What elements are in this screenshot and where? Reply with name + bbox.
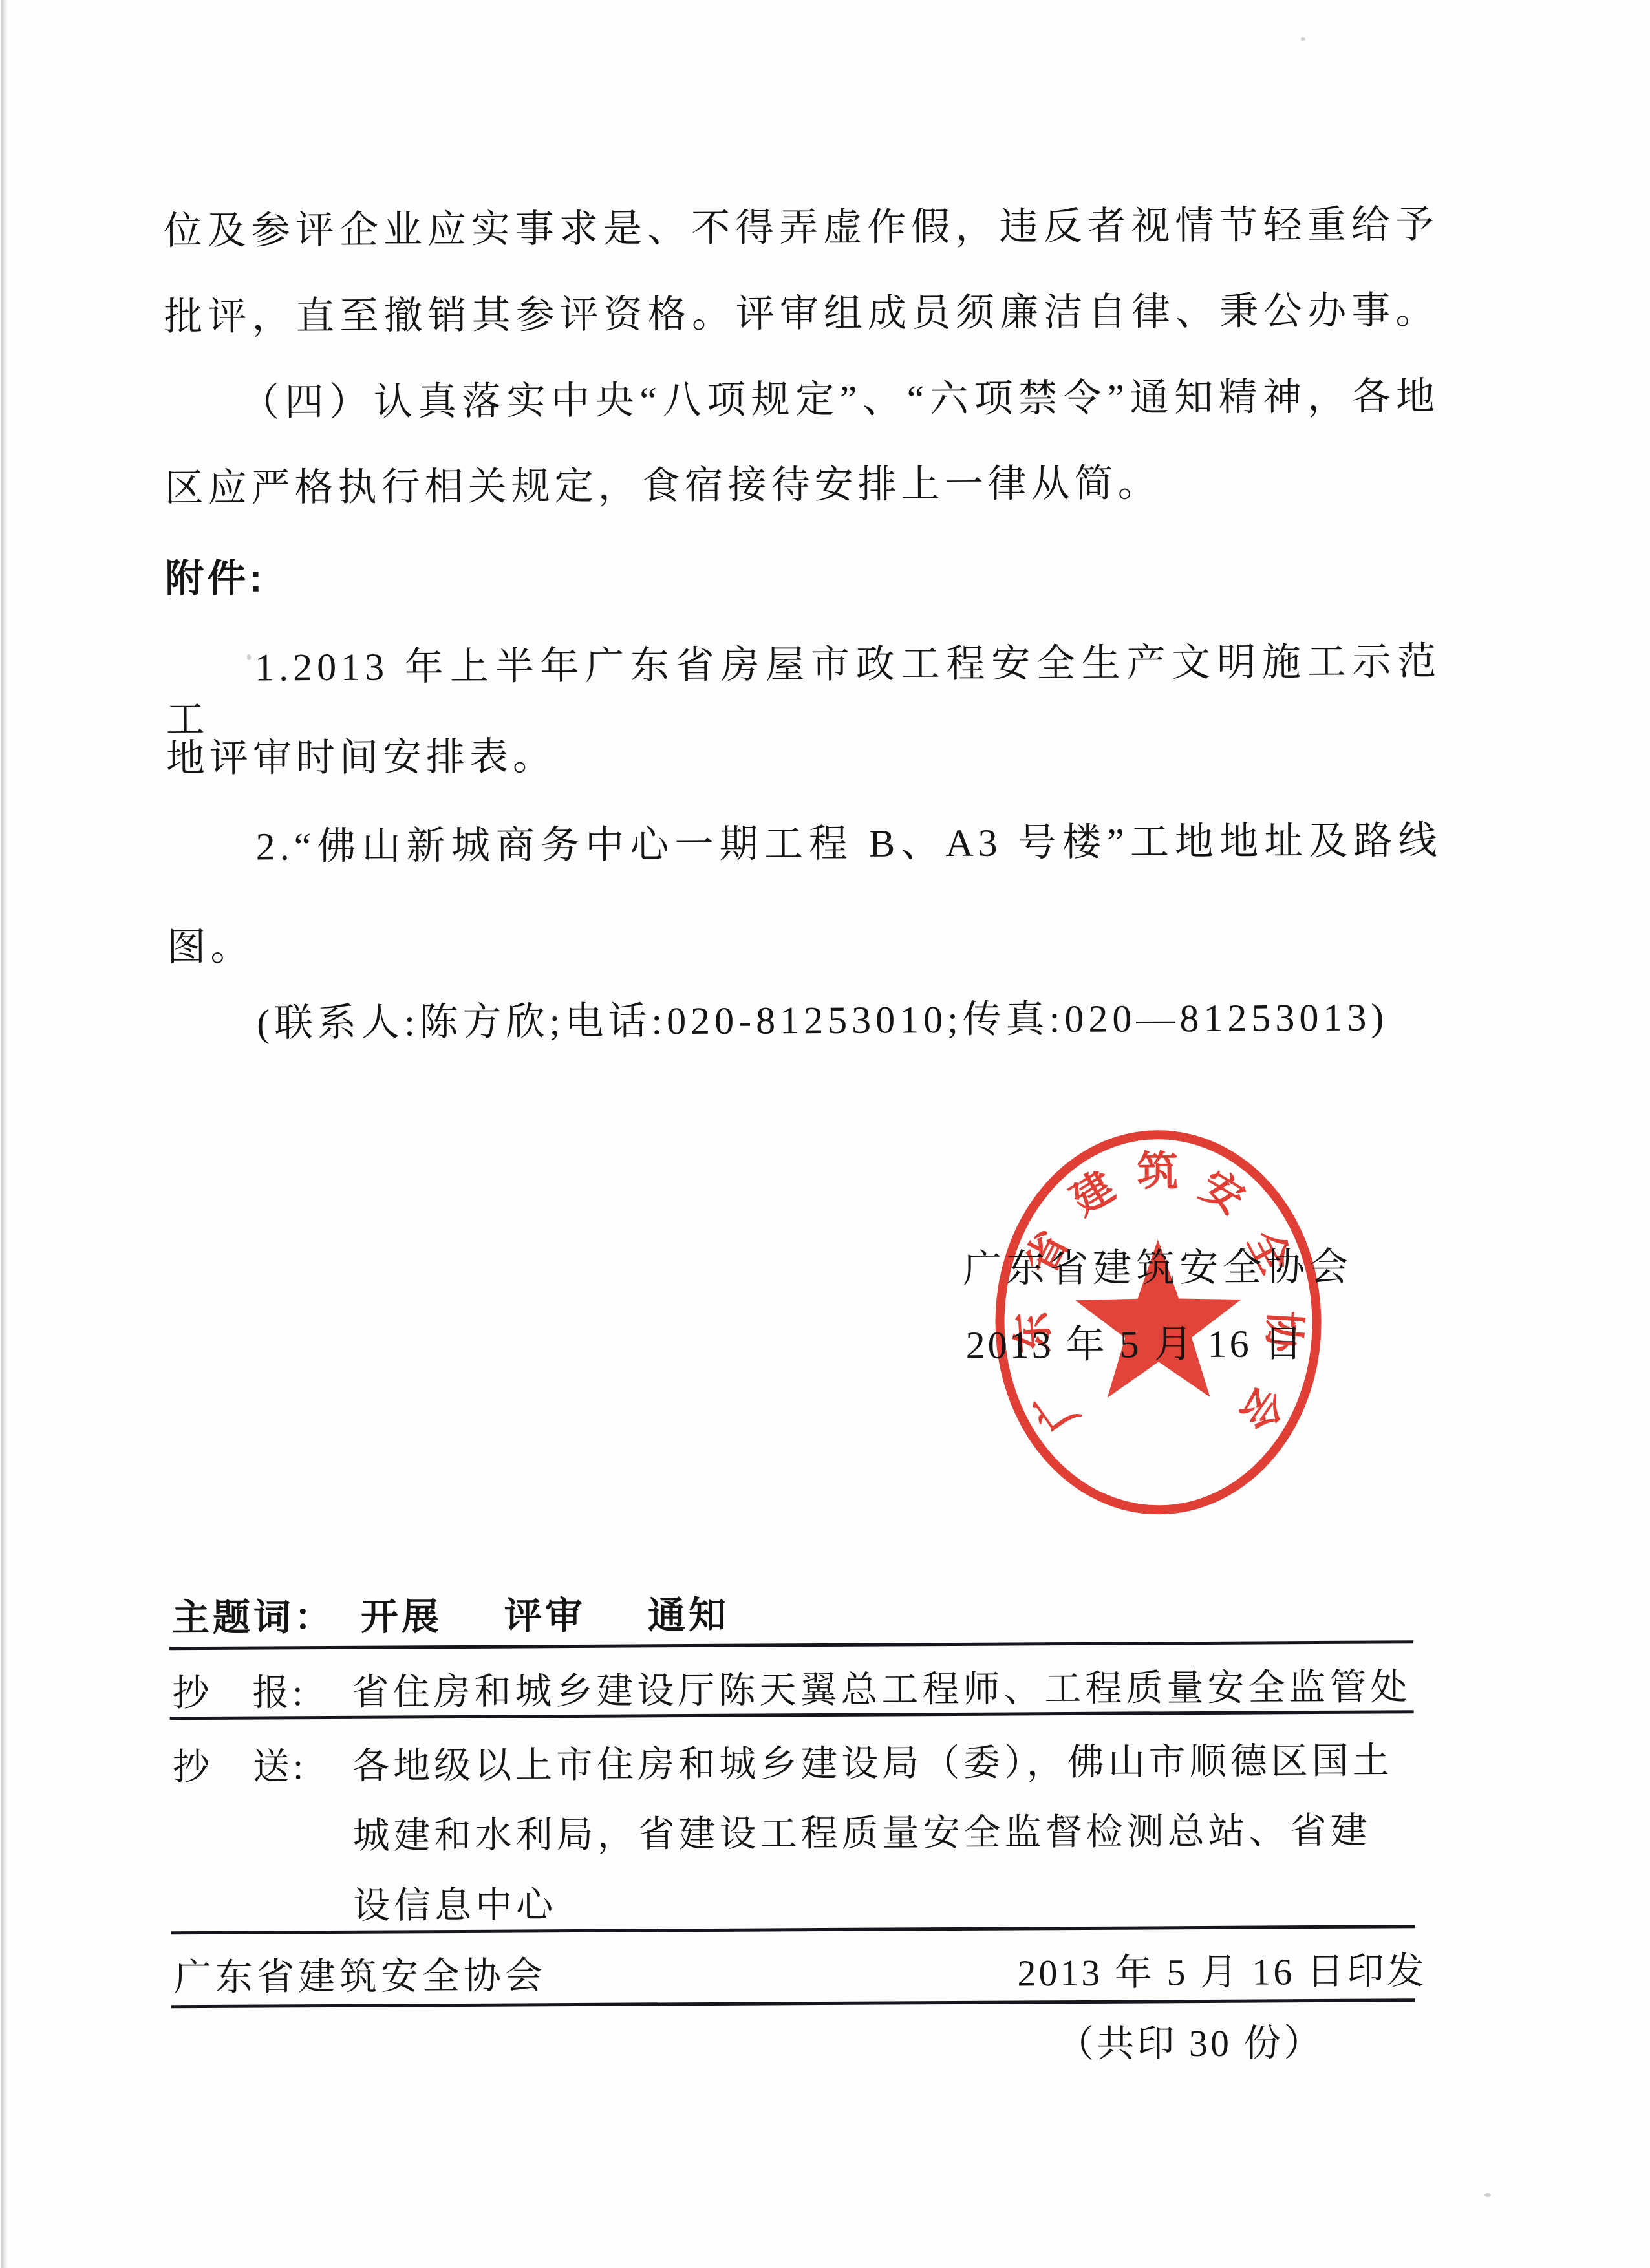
body-line: 区应严格执行相关规定，食宿接待安排上一律从简。 <box>165 456 1440 514</box>
seal-char: 筑 <box>1137 1148 1178 1194</box>
body-line: 批评，直至撤销其参评资格。评审组成员须廉洁自律、秉公办事。 <box>164 284 1439 343</box>
attachment-item: 地评审时间安排表。 <box>166 726 1441 784</box>
subject-keyword: 开展 <box>361 1586 442 1641</box>
contact-line: (联系人:陈方欣;电话:020-81253010;传真:020—81253013… <box>167 991 1442 1049</box>
seal-char: 安 <box>1193 1162 1252 1223</box>
seal-char: 广 <box>1025 1380 1087 1440</box>
copy-send-line: 城建和水利局，省建设工程质量安全监督检测总站、省建 <box>352 1801 1371 1859</box>
body-line: 位及参评企业应实事求是、不得弄虚作假，违反者视情节轻重给予 <box>163 198 1438 257</box>
signature-date: 2013 年 5 月 16 日 <box>965 1312 1305 1370</box>
scanned-document-page: 位及参评企业应实事求是、不得弄虚作假，违反者视情节轻重给予 批评，直至撤销其参评… <box>0 0 1650 2268</box>
attachment-item: 图。 <box>167 915 1442 973</box>
seal-char: 会 <box>1231 1378 1292 1439</box>
signature-org: 广东省建筑安全协会 <box>963 1236 1353 1294</box>
subject-keyword: 评审 <box>504 1585 586 1640</box>
copy-report-label: 抄 报: <box>172 1663 306 1717</box>
attachment-item: 2.“佛山新城商务中心一期工程 B、A3 号楼”工地地址及路线 <box>166 815 1441 873</box>
body-line: （四）认真落实中央“八项规定”、“六项禁令”通知精神，各地 <box>164 370 1439 429</box>
document-sheet: 位及参评企业应实事求是、不得弄虚作假，违反者视情节轻重给予 批评，直至撤销其参评… <box>0 0 1650 2268</box>
print-copies: （共印 30 份） <box>974 2012 1323 2068</box>
seal-char: 建 <box>1063 1163 1122 1224</box>
attachment-heading: 附件: <box>165 546 1440 604</box>
issuer-org: 广东省建筑安全协会 <box>174 1945 546 2001</box>
subject-keyword: 通知 <box>648 1585 729 1640</box>
subject-row: 主题词： 开展 评审 通知 <box>172 1585 729 1642</box>
copy-send-label: 抄 送: <box>173 1737 306 1790</box>
copy-send-line: 设信息中心 <box>353 1875 557 1929</box>
copy-send-line: 各地级以上市住房和城乡建设局（委），佛山市顺德区国土 <box>352 1731 1393 1789</box>
subject-label: 主题词： <box>172 1587 335 1642</box>
copy-report-content: 省住房和城乡建设厅陈天翼总工程师、工程质量安全监管处 <box>352 1657 1411 1716</box>
divider-rule <box>169 1640 1413 1650</box>
issue-date: 2013 年 5 月 16 日印发 <box>974 1940 1427 1997</box>
